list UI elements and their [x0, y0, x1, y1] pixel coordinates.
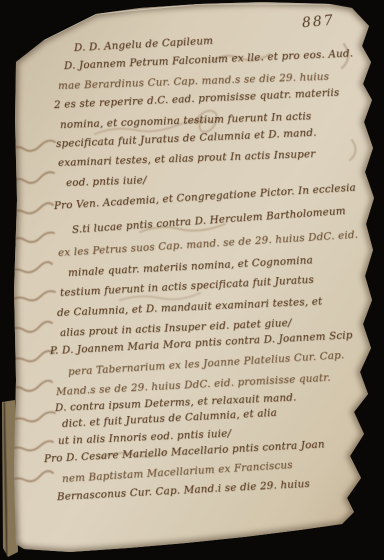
folio-number: 887	[301, 13, 335, 32]
manuscript-photo: 887 D. D. Angelu de Capileum D. Joannem …	[0, 0, 384, 560]
